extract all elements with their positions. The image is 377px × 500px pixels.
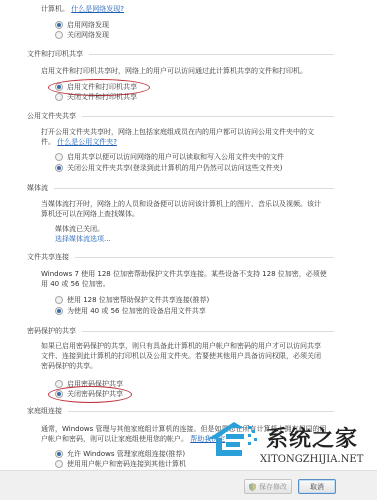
allow-windows-manage-homegroup-radio[interactable]: 允许 Windows 管理家庭组连接(推荐) <box>55 449 185 459</box>
enable-public-folder-sharing-radio[interactable]: 启用共享以便可以访问网络的用户可以读取和写入公用文件夹中的文件 <box>55 152 284 162</box>
radio-unchecked-icon <box>55 31 63 39</box>
use-user-accounts-radio[interactable]: 使用用户帐户和密码连接到其他计算机 <box>55 459 186 469</box>
network-discovery-desc: 计算机。 什么是网络发现? <box>41 4 327 14</box>
section-password-protected-sharing: 密码保护的共享 <box>27 326 334 336</box>
file-sharing-connections-desc: Windows 7 使用 128 位加密帮助保护文件共享连接。某些设备不支持 1… <box>41 269 327 289</box>
uac-shield-icon <box>249 483 256 491</box>
media-streaming-desc: 当媒体流打开时，网络上的人员和设备便可以访问该计算机上的图片、音乐以及视频。该计… <box>41 199 327 219</box>
radio-unchecked-icon <box>55 460 63 468</box>
public-folder-sharing-desc: 打开公用文件夹共享时，网络上包括家庭组成员在内的用户都可以访问公用文件夹中的文件… <box>41 127 327 147</box>
use-128-bit-encryption-radio[interactable]: 使用 128 位加密帮助保护文件共享连接(推荐) <box>55 295 209 305</box>
disable-file-printer-sharing-radio[interactable]: 关闭文件和打印机共享 <box>55 92 137 102</box>
radio-unchecked-icon <box>55 296 63 304</box>
radio-unchecked-icon <box>55 380 63 388</box>
section-divider <box>89 54 334 55</box>
password-protected-sharing-desc: 如果已启用密码保护的共享，则只有具备此计算机的用户帐户和密码的用户才可以访问共享… <box>41 341 327 371</box>
media-streaming-status: 媒体流已关闭。 <box>55 224 327 234</box>
radio-unchecked-icon <box>55 93 63 101</box>
enable-40-56-bit-encryption-radio[interactable]: 为使用 40 或 56 位加密的设备启用文件共享 <box>55 306 206 316</box>
enable-password-protection-radio[interactable]: 启用密码保护共享 <box>55 379 123 389</box>
file-printer-sharing-desc: 启用文件和打印机共享时，网络上的用户可以访问通过此计算机共享的文件和打印机。 <box>41 66 327 76</box>
watermark-url: XITONGZHIJIA.NET <box>260 454 363 465</box>
radio-checked-icon <box>55 164 63 172</box>
radio-checked-icon <box>55 390 63 398</box>
radio-checked-icon <box>55 307 63 315</box>
section-public-folder-sharing: 公用文件夹共享 <box>27 111 334 121</box>
section-file-printer-sharing: 文件和打印机共享 <box>27 49 334 59</box>
advanced-sharing-settings: 计算机。 什么是网络发现? 启用网络发现 关闭网络发现 文件和打印机共享 启用文… <box>0 0 377 470</box>
disable-public-folder-sharing-radio[interactable]: 关闭公用文件夹共享(登录到此计算机的用户仍然可以访问这些文件夹) <box>55 163 282 173</box>
section-file-sharing-connections: 文件共享连接 <box>27 252 334 262</box>
radio-checked-icon <box>55 450 63 458</box>
what-is-network-discovery-link[interactable]: 什么是网络发现? <box>71 5 124 13</box>
enable-network-discovery-radio[interactable]: 启用网络发现 <box>55 20 109 30</box>
section-media-streaming: 媒体流 <box>27 183 334 193</box>
disable-network-discovery-radio[interactable]: 关闭网络发现 <box>55 30 109 40</box>
radio-unchecked-icon <box>55 153 63 161</box>
radio-checked-icon <box>55 83 63 91</box>
section-divider <box>54 188 334 189</box>
what-is-public-folder-link[interactable]: 什么是公用文件夹? <box>57 138 117 146</box>
enable-file-printer-sharing-radio[interactable]: 启用文件和打印机共享 <box>55 82 137 92</box>
disable-password-protection-radio[interactable]: 关闭密码保护共享 <box>55 389 123 399</box>
section-divider <box>82 331 334 332</box>
section-homegroup-connections: 家庭组连接 <box>27 406 334 416</box>
section-divider <box>75 257 334 258</box>
footer-bar: 保存修改 取消 <box>0 470 377 500</box>
cancel-button[interactable]: 取消 <box>298 479 336 494</box>
watermark-logo: 系统之家 XITONGZHIJIA.NET <box>204 418 374 478</box>
save-changes-button[interactable]: 保存修改 <box>244 479 292 494</box>
watermark-name: 系统之家 <box>266 422 358 453</box>
section-divider <box>82 116 334 117</box>
house-logo-icon <box>204 418 268 462</box>
choose-media-streaming-options-link[interactable]: 选择媒体流选项... <box>55 234 327 244</box>
section-divider <box>68 411 334 412</box>
radio-checked-icon <box>55 21 63 29</box>
